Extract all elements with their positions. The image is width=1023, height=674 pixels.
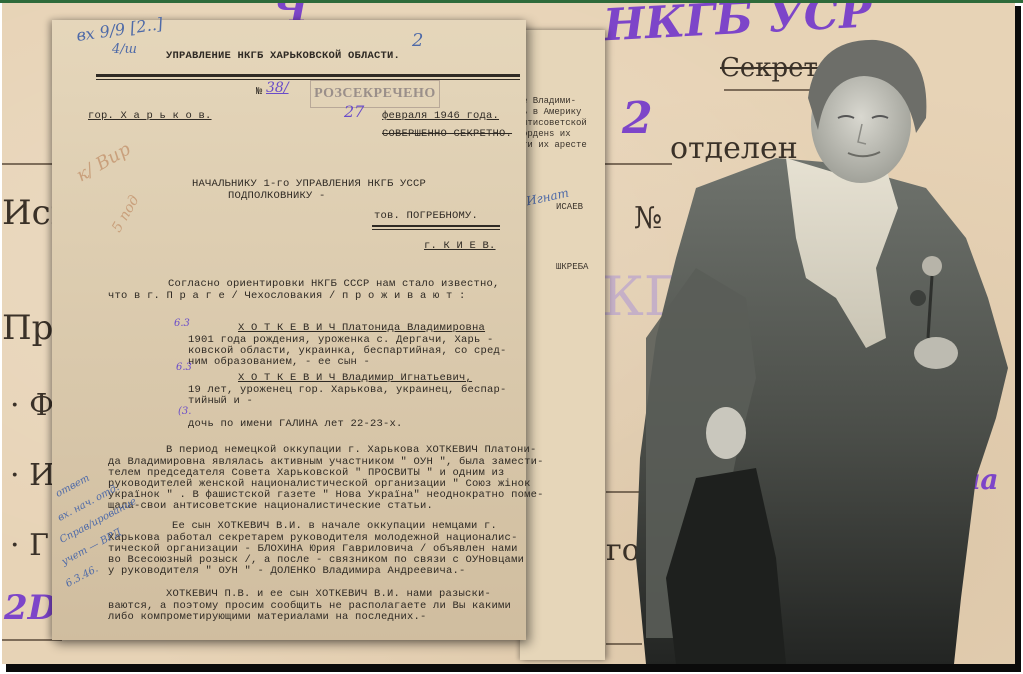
number-label: №: [256, 86, 263, 98]
para2-line-1: Ее сын ХОТКЕВИЧ В.И. в начале оккупации …: [172, 520, 497, 532]
addressee-rule-1: [372, 225, 500, 227]
middle-document: е Владими- ь в Америку нтисоветской орде…: [520, 30, 605, 660]
para2-line-5: у руководителя " ОУН " - ДОЛЕНКО Владими…: [108, 565, 466, 577]
signature-shkreba: ШКРЕБА: [556, 262, 588, 272]
addressee-line-1: НАЧАЛЬНИКУ 1-го УПРАВЛЕНИЯ НКГБ УССР: [192, 178, 426, 190]
left-fragment-5: · Г: [10, 528, 49, 563]
left-fragment-4: · И: [10, 458, 55, 493]
addressee-line-2: ПОДПОЛКОВНИКУ -: [228, 190, 326, 202]
purple-bottom-left: 2D: [4, 588, 57, 628]
mid-text-line: ти их аресте: [522, 140, 587, 151]
bottom-right-fragment: го: [606, 533, 640, 568]
city-line: гор. Х а р ь к о в.: [88, 110, 212, 122]
para3-line-1: ХОТКЕВИЧ П.В. и ее сын ХОТКЕВИЧ В.И. нам…: [166, 588, 491, 600]
number-value: 38/: [266, 80, 289, 96]
declassified-stamp: РОЗСЕКРЕЧЕНО: [310, 80, 440, 108]
person3-line: дочь по имени ГАЛИНА лет 22-23-х.: [188, 418, 403, 430]
header-rule-thin: [96, 79, 520, 80]
mid-text-line: ь в Америку: [522, 107, 581, 118]
addressee-rule-2: [372, 229, 500, 230]
mid-text-line: нтисоветской: [522, 118, 587, 129]
addressee-city: г. К И Е В.: [424, 240, 496, 252]
person3-margin-note: (3.: [178, 406, 191, 417]
pencil-note: к/ Вир: [73, 139, 135, 187]
date-line: февраля 1946 года.: [382, 110, 499, 122]
classification-label: СОВЕРШЕННО СЕКРЕТНО.: [382, 128, 512, 140]
left-fragment-3: · Ф: [10, 388, 54, 423]
collage-frame: ... НКГБ УСР Ч Секрет 2 отделен № КГ Исп…: [0, 0, 1023, 674]
frame-top-border: [0, 0, 1023, 3]
page-number-handwritten: 2: [412, 30, 423, 51]
person2-margin-note: 6.3: [176, 362, 192, 373]
person2-line-2: тийный и -: [188, 395, 253, 407]
header-rule-thick: [96, 74, 520, 77]
margin-note-line: ответ: [54, 473, 92, 500]
org-header: УПРАВЛЕНИЕ НКГБ ХАРЬКОВСКОЙ ОБЛАСТИ.: [166, 50, 400, 62]
person1-margin-note: 6.3: [174, 318, 190, 329]
incoming-number-sub: 4/ш: [112, 42, 137, 57]
signature-isaev: ИСАЕВ: [556, 202, 583, 212]
para1-line-1: В период немецкой оккупации г. Харькова …: [166, 444, 537, 456]
pencil-note-2: 5 под: [109, 193, 143, 235]
addressee-name: тов. ПОГРЕБНОМУ.: [374, 210, 478, 222]
intro-line-2: что в г. П р а г е / Чехословакия / п р …: [108, 290, 466, 302]
mid-text-line: е Владими-: [522, 96, 576, 107]
portrait-illustration: [636, 38, 1008, 664]
portrait-photo: [636, 38, 1008, 664]
margin-note-date: 6.3.46.: [64, 564, 100, 590]
person1-name: Х О Т К Е В И Ч Платонида Владимировна: [238, 322, 485, 334]
para3-line-3: либо компрометирующими материалами на по…: [108, 611, 427, 623]
main-document: вх 9/9 [2..] 4/ш 2 УПРАВЛЕНИЕ НКГБ ХАРЬК…: [52, 20, 526, 640]
mid-text-line: орденs их: [522, 129, 571, 140]
person2-name: Х О Т К Е В И Ч Владимир Игнатьевич,: [238, 372, 472, 384]
para1-line-6: щала-свои антисоветские националистическ…: [108, 500, 433, 512]
person1-line-3: ним образованием, - ее сын -: [188, 356, 370, 368]
date-day: 27: [344, 102, 364, 121]
intro-line-1: Согласно ориентировки НКГБ СССР нам стал…: [168, 278, 500, 290]
